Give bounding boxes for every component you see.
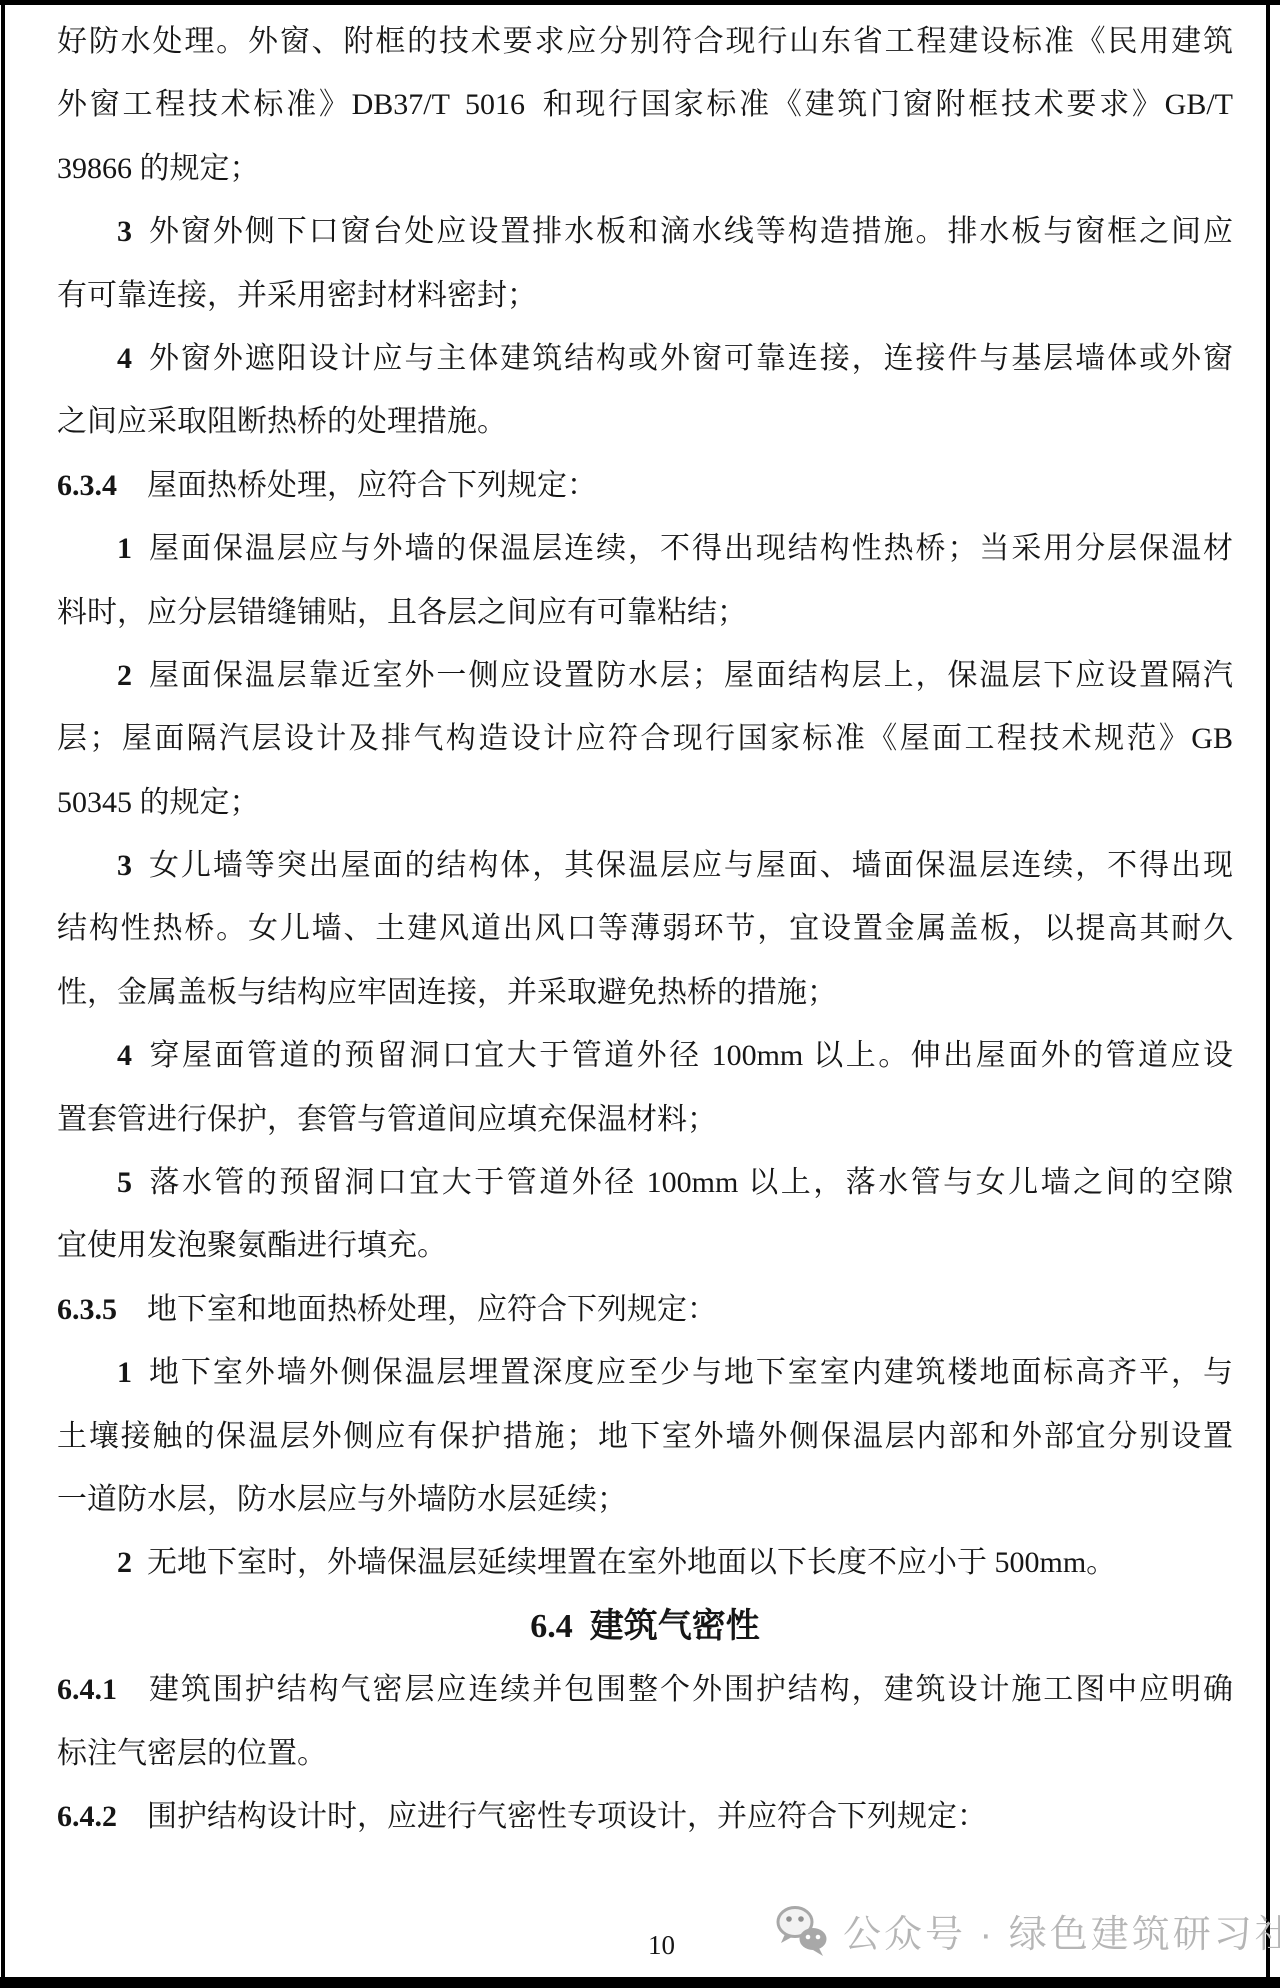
body-text: 置套管进行保护，套管与管道间应填充保温材料； xyxy=(57,1103,717,1136)
text-line: 标注气密层的位置。 xyxy=(57,1722,1233,1785)
text-line: 6.4.2 围护结构设计时，应进行气密性专项设计，并应符合下列规定： xyxy=(57,1785,1233,1848)
watermark: 公众号 · 绿色建筑研习社 xyxy=(775,1903,1280,1958)
body-text: 穿屋面管道的预留洞口宜大于管道外径 100mm 以上。伸出屋面外的管道应设 xyxy=(132,1039,1233,1072)
body-text: 围护结构设计时，应进行气密性专项设计，并应符合下列规定： xyxy=(117,1800,987,1833)
body-text: 39866 的规定； xyxy=(57,152,260,185)
body-text: 性，金属盖板与结构应牢固连接，并采取避免热桥的措施； xyxy=(57,976,837,1009)
text-line: 1 屋面保温层应与外墙的保温层连续，不得出现结构性热桥；当采用分层保温材 xyxy=(57,517,1233,580)
bold-label: 6.4.1 xyxy=(57,1673,117,1706)
wechat-icon xyxy=(775,1905,829,1957)
text-line: 5 落水管的预留洞口宜大于管道外径 100mm 以上，落水管与女儿墙之间的空隙 xyxy=(57,1151,1233,1214)
bold-label: 2 xyxy=(117,659,132,692)
body-text: 料时，应分层错缝铺贴，且各层之间应有可靠粘结； xyxy=(57,596,747,629)
body-text: 女儿墙等突出屋面的结构体，其保温层应与屋面、墙面保温层连续，不得出现 xyxy=(132,849,1233,882)
bold-label: 5 xyxy=(117,1166,132,1199)
page-border-right xyxy=(1266,0,1270,1988)
document-page: 好防水处理。外窗、附框的技术要求应分别符合现行山东省工程建设标准《民用建筑外窗工… xyxy=(0,0,1280,1988)
text-line: 6.4.1 建筑围护结构气密层应连续并包围整个外围护结构，建筑设计施工图中应明确 xyxy=(57,1658,1233,1721)
text-line: 6.3.4 屋面热桥处理，应符合下列规定： xyxy=(57,454,1233,517)
bold-label: 4 xyxy=(117,342,132,375)
text-line: 性，金属盖板与结构应牢固连接，并采取避免热桥的措施； xyxy=(57,961,1233,1024)
text-line: 层；屋面隔汽层设计及排气构造设计应符合现行国家标准《屋面工程技术规范》GB xyxy=(57,707,1233,770)
bold-label: 4 xyxy=(117,1039,132,1072)
text-line: 料时，应分层错缝铺贴，且各层之间应有可靠粘结； xyxy=(57,581,1233,644)
bold-label: 3 xyxy=(117,215,132,248)
watermark-text: 公众号 · 绿色建筑研习社 xyxy=(843,1903,1280,1958)
body-text: 一道防水层，防水层应与外墙防水层延续； xyxy=(57,1483,627,1516)
body-text: 屋面保温层靠近室外一侧应设置防水层；屋面结构层上，保温层下应设置隔汽 xyxy=(132,659,1233,692)
bold-label: 6.4 建筑气密性 xyxy=(530,1608,760,1645)
body-text: 外窗外侧下口窗台处应设置排水板和滴水线等构造措施。排水板与窗框之间应 xyxy=(132,215,1233,248)
body-text: 之间应采取阻断热桥的处理措施。 xyxy=(57,405,507,438)
text-line: 之间应采取阻断热桥的处理措施。 xyxy=(57,390,1233,453)
text-line: 3 外窗外侧下口窗台处应设置排水板和滴水线等构造措施。排水板与窗框之间应 xyxy=(57,200,1233,263)
bold-label: 6.3.4 xyxy=(57,469,117,502)
body-text: 50345 的规定； xyxy=(57,786,260,819)
text-line: 4 外窗外遮阳设计应与主体建筑结构或外窗可靠连接，连接件与基层墙体或外窗 xyxy=(57,327,1233,390)
text-line: 50345 的规定； xyxy=(57,771,1233,834)
body-text: 宜使用发泡聚氨酯进行填充。 xyxy=(57,1229,447,1262)
body-text: 外窗外遮阳设计应与主体建筑结构或外窗可靠连接，连接件与基层墙体或外窗 xyxy=(132,342,1233,375)
section-heading: 6.4 建筑气密性 xyxy=(57,1595,1233,1658)
text-line: 土壤接触的保温层外侧应有保护措施；地下室外墙外侧保温层内部和外部宜分别设置 xyxy=(57,1405,1233,1468)
text-line: 外窗工程技术标准》DB37/T 5016 和现行国家标准《建筑门窗附框技术要求》… xyxy=(57,73,1233,136)
bold-label: 2 xyxy=(117,1546,132,1579)
text-line: 好防水处理。外窗、附框的技术要求应分别符合现行山东省工程建设标准《民用建筑 xyxy=(57,10,1233,73)
page-border-top xyxy=(0,0,1280,5)
bold-label: 1 xyxy=(117,1356,132,1389)
body-text: 屋面热桥处理，应符合下列规定： xyxy=(117,469,597,502)
body-text: 层；屋面隔汽层设计及排气构造设计应符合现行国家标准《屋面工程技术规范》GB xyxy=(57,722,1233,755)
text-line: 6.3.5 地下室和地面热桥处理，应符合下列规定： xyxy=(57,1278,1233,1341)
body-text: 建筑围护结构气密层应连续并包围整个外围护结构，建筑设计施工图中应明确 xyxy=(117,1673,1233,1706)
body-text: 好防水处理。外窗、附框的技术要求应分别符合现行山东省工程建设标准《民用建筑 xyxy=(57,25,1233,58)
text-line: 一道防水层，防水层应与外墙防水层延续； xyxy=(57,1468,1233,1531)
body-text: 无地下室时，外墙保温层延续埋置在室外地面以下长度不应小于 500mm。 xyxy=(132,1546,1116,1579)
bold-label: 6.4.2 xyxy=(57,1800,117,1833)
page-border-left xyxy=(1,0,5,1988)
text-line: 2 无地下室时，外墙保温层延续埋置在室外地面以下长度不应小于 500mm。 xyxy=(57,1531,1233,1594)
text-line: 结构性热桥。女儿墙、土建风道出风口等薄弱环节，宜设置金属盖板，以提高其耐久 xyxy=(57,897,1233,960)
body-text: 落水管的预留洞口宜大于管道外径 100mm 以上，落水管与女儿墙之间的空隙 xyxy=(132,1166,1233,1199)
bold-label: 1 xyxy=(117,532,132,565)
text-line: 有可靠连接，并采用密封材料密封； xyxy=(57,264,1233,327)
body-text: 有可靠连接，并采用密封材料密封； xyxy=(57,279,537,312)
document-body: 好防水处理。外窗、附框的技术要求应分别符合现行山东省工程建设标准《民用建筑外窗工… xyxy=(57,10,1233,1848)
text-line: 39866 的规定； xyxy=(57,137,1233,200)
text-line: 宜使用发泡聚氨酯进行填充。 xyxy=(57,1214,1233,1277)
text-line: 4 穿屋面管道的预留洞口宜大于管道外径 100mm 以上。伸出屋面外的管道应设 xyxy=(57,1024,1233,1087)
body-text: 土壤接触的保温层外侧应有保护措施；地下室外墙外侧保温层内部和外部宜分别设置 xyxy=(57,1420,1233,1453)
page-border-bottom xyxy=(0,1977,1280,1988)
text-line: 2 屋面保温层靠近室外一侧应设置防水层；屋面结构层上，保温层下应设置隔汽 xyxy=(57,644,1233,707)
text-line: 置套管进行保护，套管与管道间应填充保温材料； xyxy=(57,1088,1233,1151)
body-text: 外窗工程技术标准》DB37/T 5016 和现行国家标准《建筑门窗附框技术要求》… xyxy=(57,88,1233,121)
body-text: 结构性热桥。女儿墙、土建风道出风口等薄弱环节，宜设置金属盖板，以提高其耐久 xyxy=(57,912,1233,945)
text-line: 1 地下室外墙外侧保温层埋置深度应至少与地下室室内建筑楼地面标高齐平，与 xyxy=(57,1341,1233,1404)
body-text: 标注气密层的位置。 xyxy=(57,1737,327,1770)
bold-label: 6.3.5 xyxy=(57,1293,117,1326)
page-number: 10 xyxy=(648,1930,675,1961)
body-text: 屋面保温层应与外墙的保温层连续，不得出现结构性热桥；当采用分层保温材 xyxy=(132,532,1233,565)
text-line: 3 女儿墙等突出屋面的结构体，其保温层应与屋面、墙面保温层连续，不得出现 xyxy=(57,834,1233,897)
body-text: 地下室和地面热桥处理，应符合下列规定： xyxy=(117,1293,717,1326)
body-text: 地下室外墙外侧保温层埋置深度应至少与地下室室内建筑楼地面标高齐平，与 xyxy=(132,1356,1233,1389)
bold-label: 3 xyxy=(117,849,132,882)
